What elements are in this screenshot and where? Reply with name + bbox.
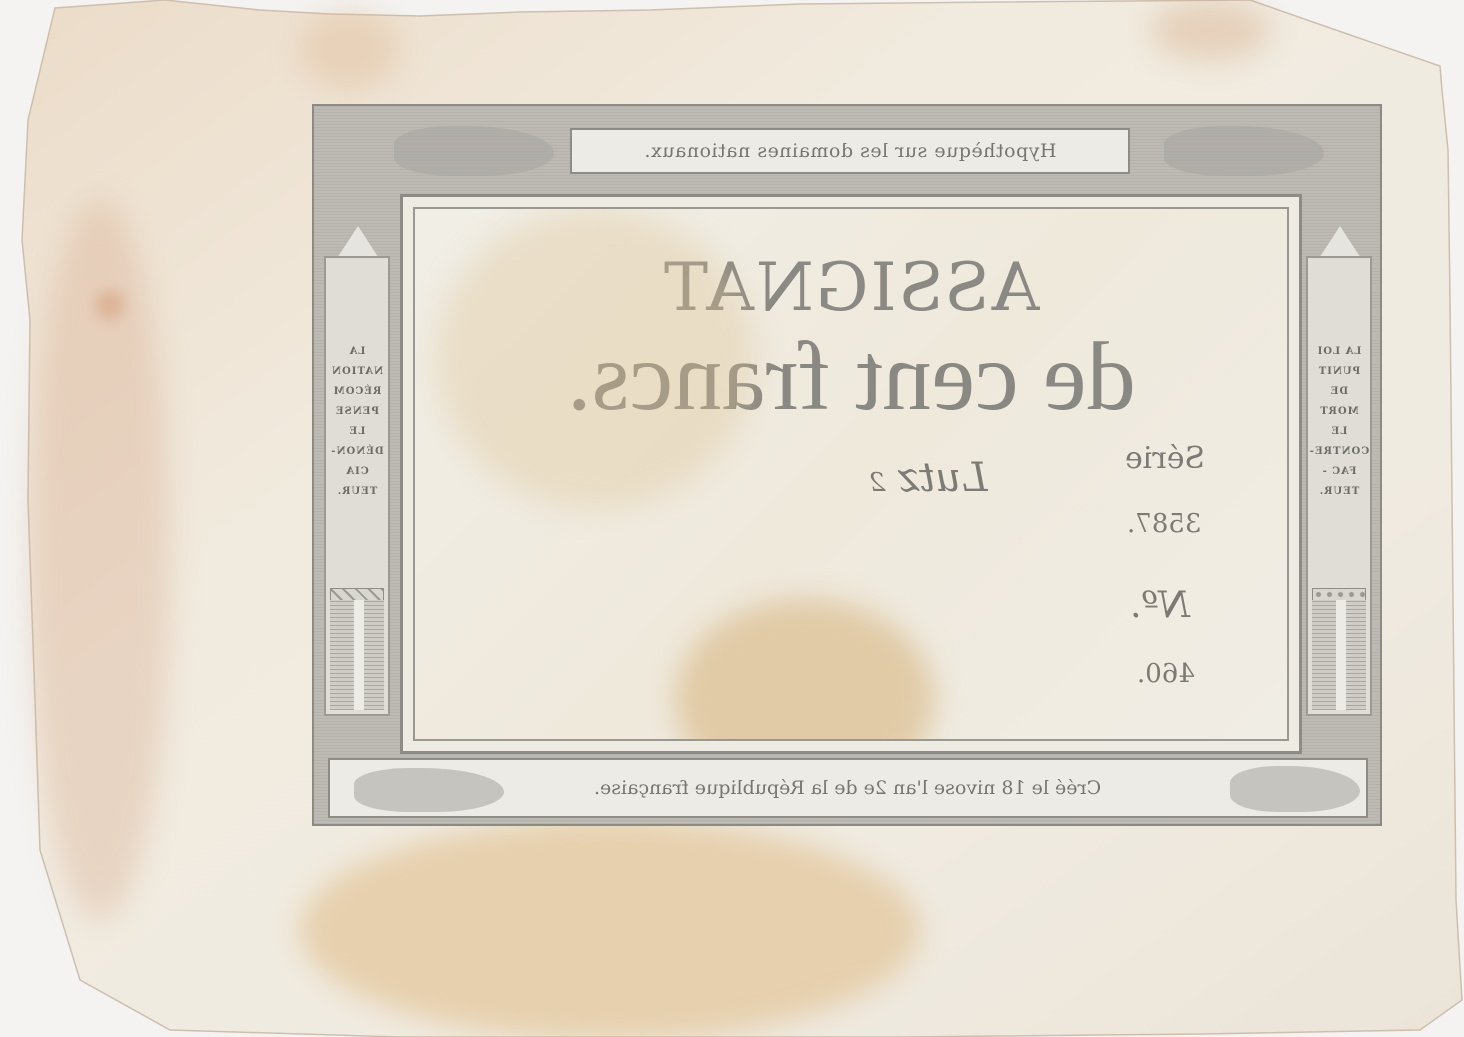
left-pillar-base [330, 600, 384, 710]
left-column: LA NATION RÉCOM PENSE LE DÉNON- CIA TEUR… [324, 256, 390, 716]
stain-center-top [435, 209, 755, 509]
right-column-text: LA LOI PUNIT DE MORT LE CONTRE- FAC - TE… [1308, 346, 1370, 497]
engraving-top-right-figure [1164, 126, 1324, 176]
top-cartouche: Hypothèque sur les domaines nationaux. [570, 128, 1130, 174]
banknote-frame: Hypothèque sur les domaines nationaux. L… [312, 104, 1382, 826]
right-pillar-base [1312, 600, 1366, 710]
serie-number: 3587. [1127, 509, 1201, 539]
stain-center-bottom [675, 599, 935, 741]
stain-bottom-large [300, 820, 920, 1037]
left-column-text: LA NATION RÉCOM PENSE LE DÉNON- CIA TEUR… [326, 346, 388, 497]
engraving-bottom-left-eagle [354, 768, 504, 812]
right-column: LA LOI PUNIT DE MORT LE CONTRE- FAC - TE… [1306, 256, 1372, 716]
engraving-top-left-figures [394, 126, 554, 176]
bottom-cartouche: Créé le 18 nivose l'an 2e de la Républiq… [328, 758, 1368, 818]
stain-top-middle [300, 10, 400, 90]
serie-label: Série [1125, 441, 1205, 476]
stain-spot [95, 290, 125, 320]
bottom-cartouche-text: Créé le 18 nivose l'an 2e de la Républiq… [594, 777, 1101, 799]
central-panel: ASSIGNAT de cent francs. Série 3587. Nº.… [413, 207, 1289, 741]
stain-top-right [1150, 0, 1270, 60]
central-panel-border: ASSIGNAT de cent francs. Série 3587. Nº.… [400, 194, 1302, 754]
top-cartouche-text: Hypothèque sur les domaines nationaux. [644, 140, 1057, 162]
signature: 2 Lutz [845, 455, 988, 501]
number-label: Nº. [1130, 585, 1190, 626]
engraving-bottom-right-hercules [1230, 766, 1360, 812]
number-value: 460. [1137, 659, 1195, 689]
